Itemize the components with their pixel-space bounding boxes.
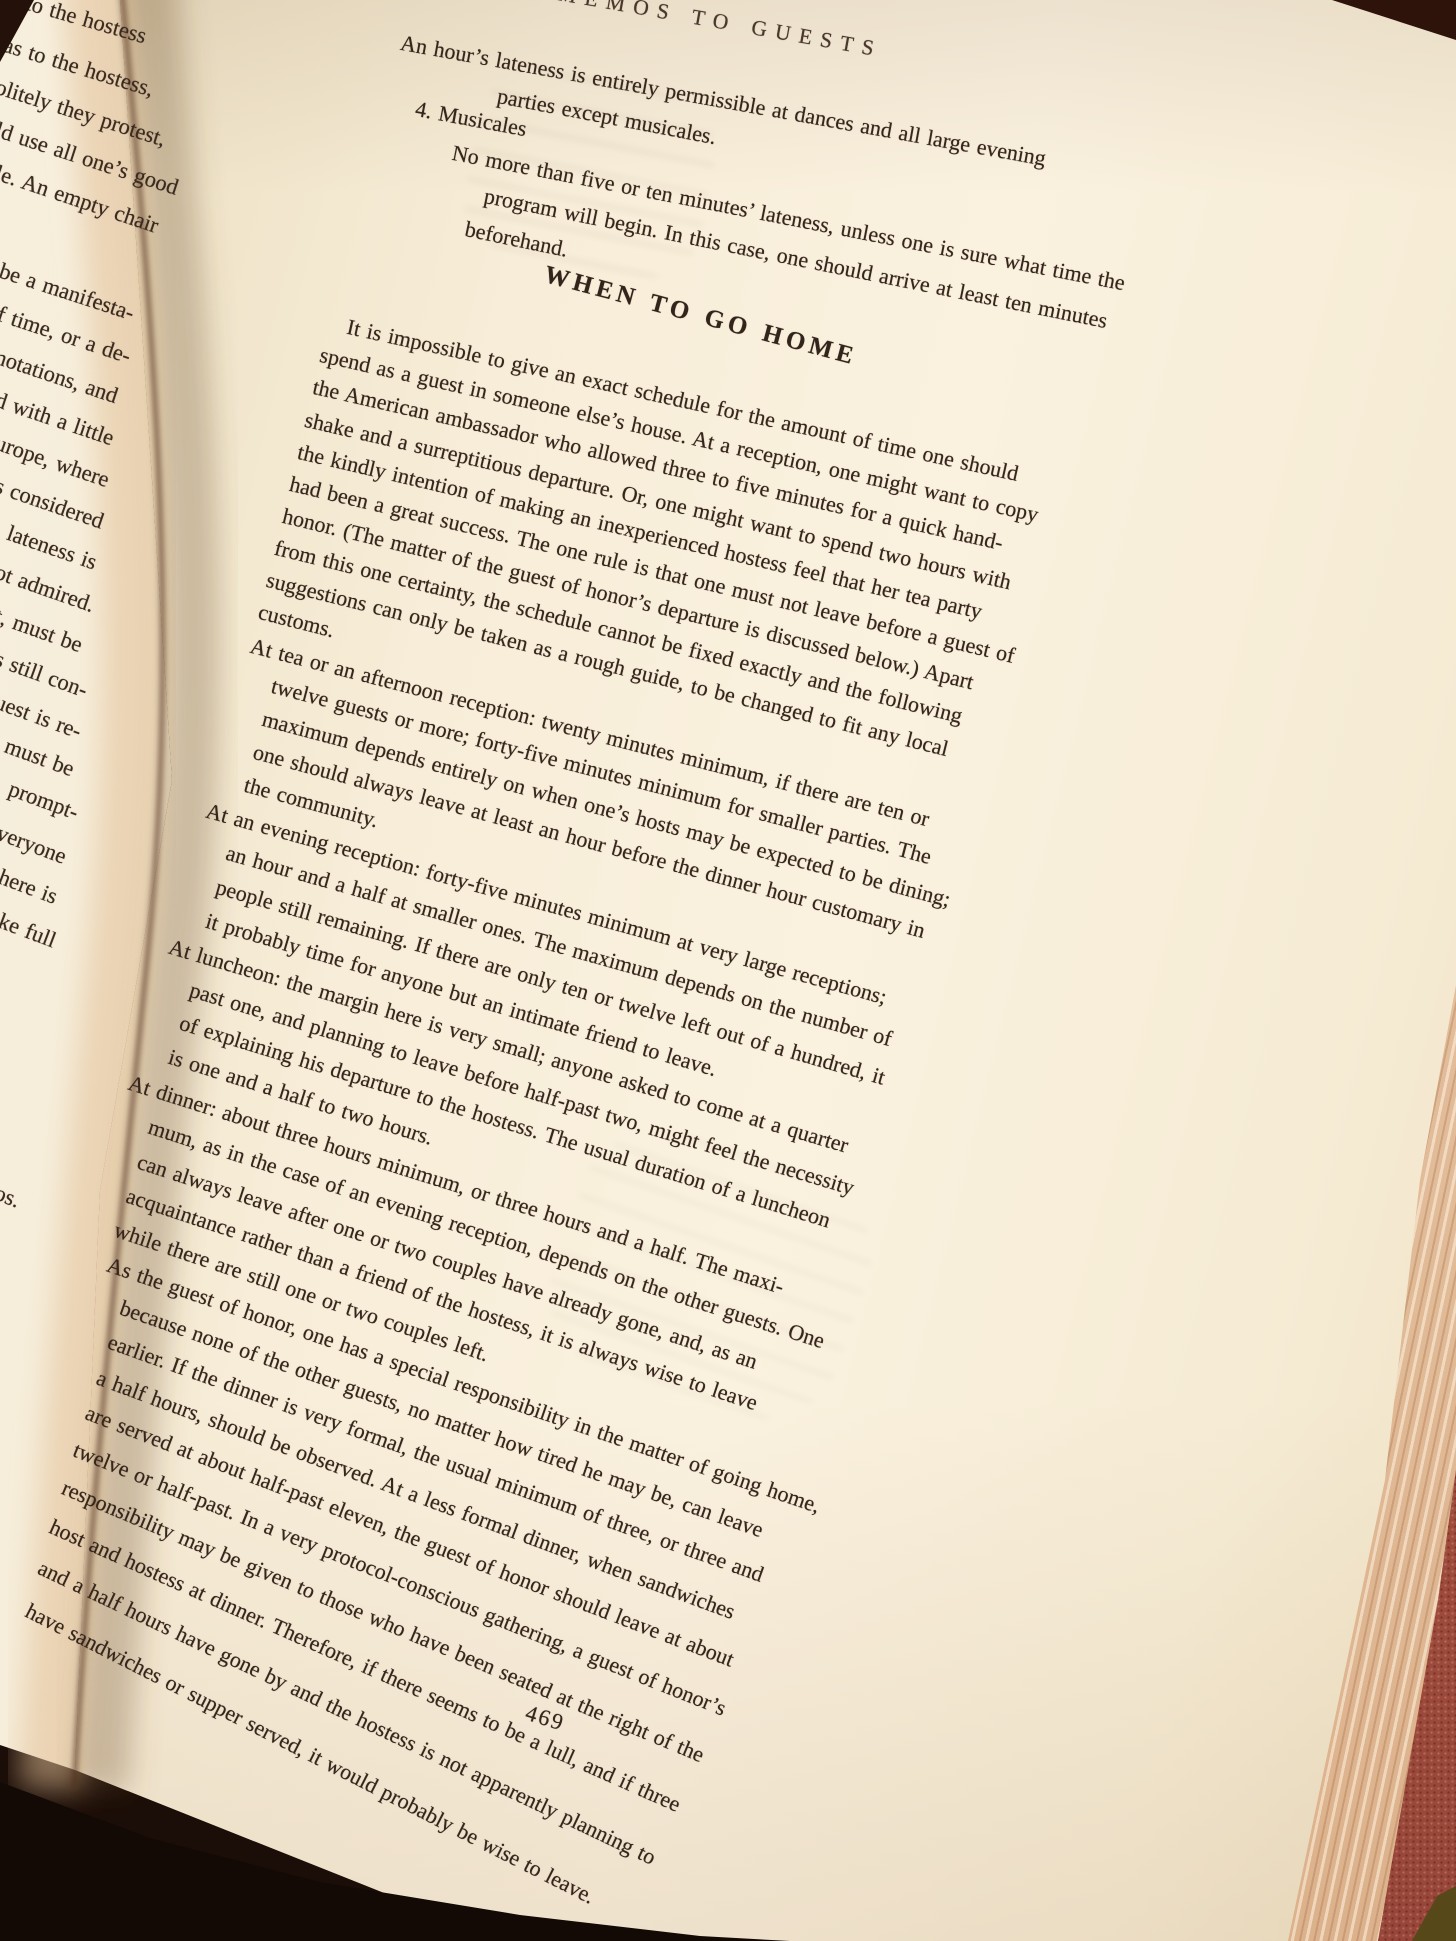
book-photo: MEMOS TO GUESTSAn hour’s lateness is ent… — [0, 0, 1456, 1941]
